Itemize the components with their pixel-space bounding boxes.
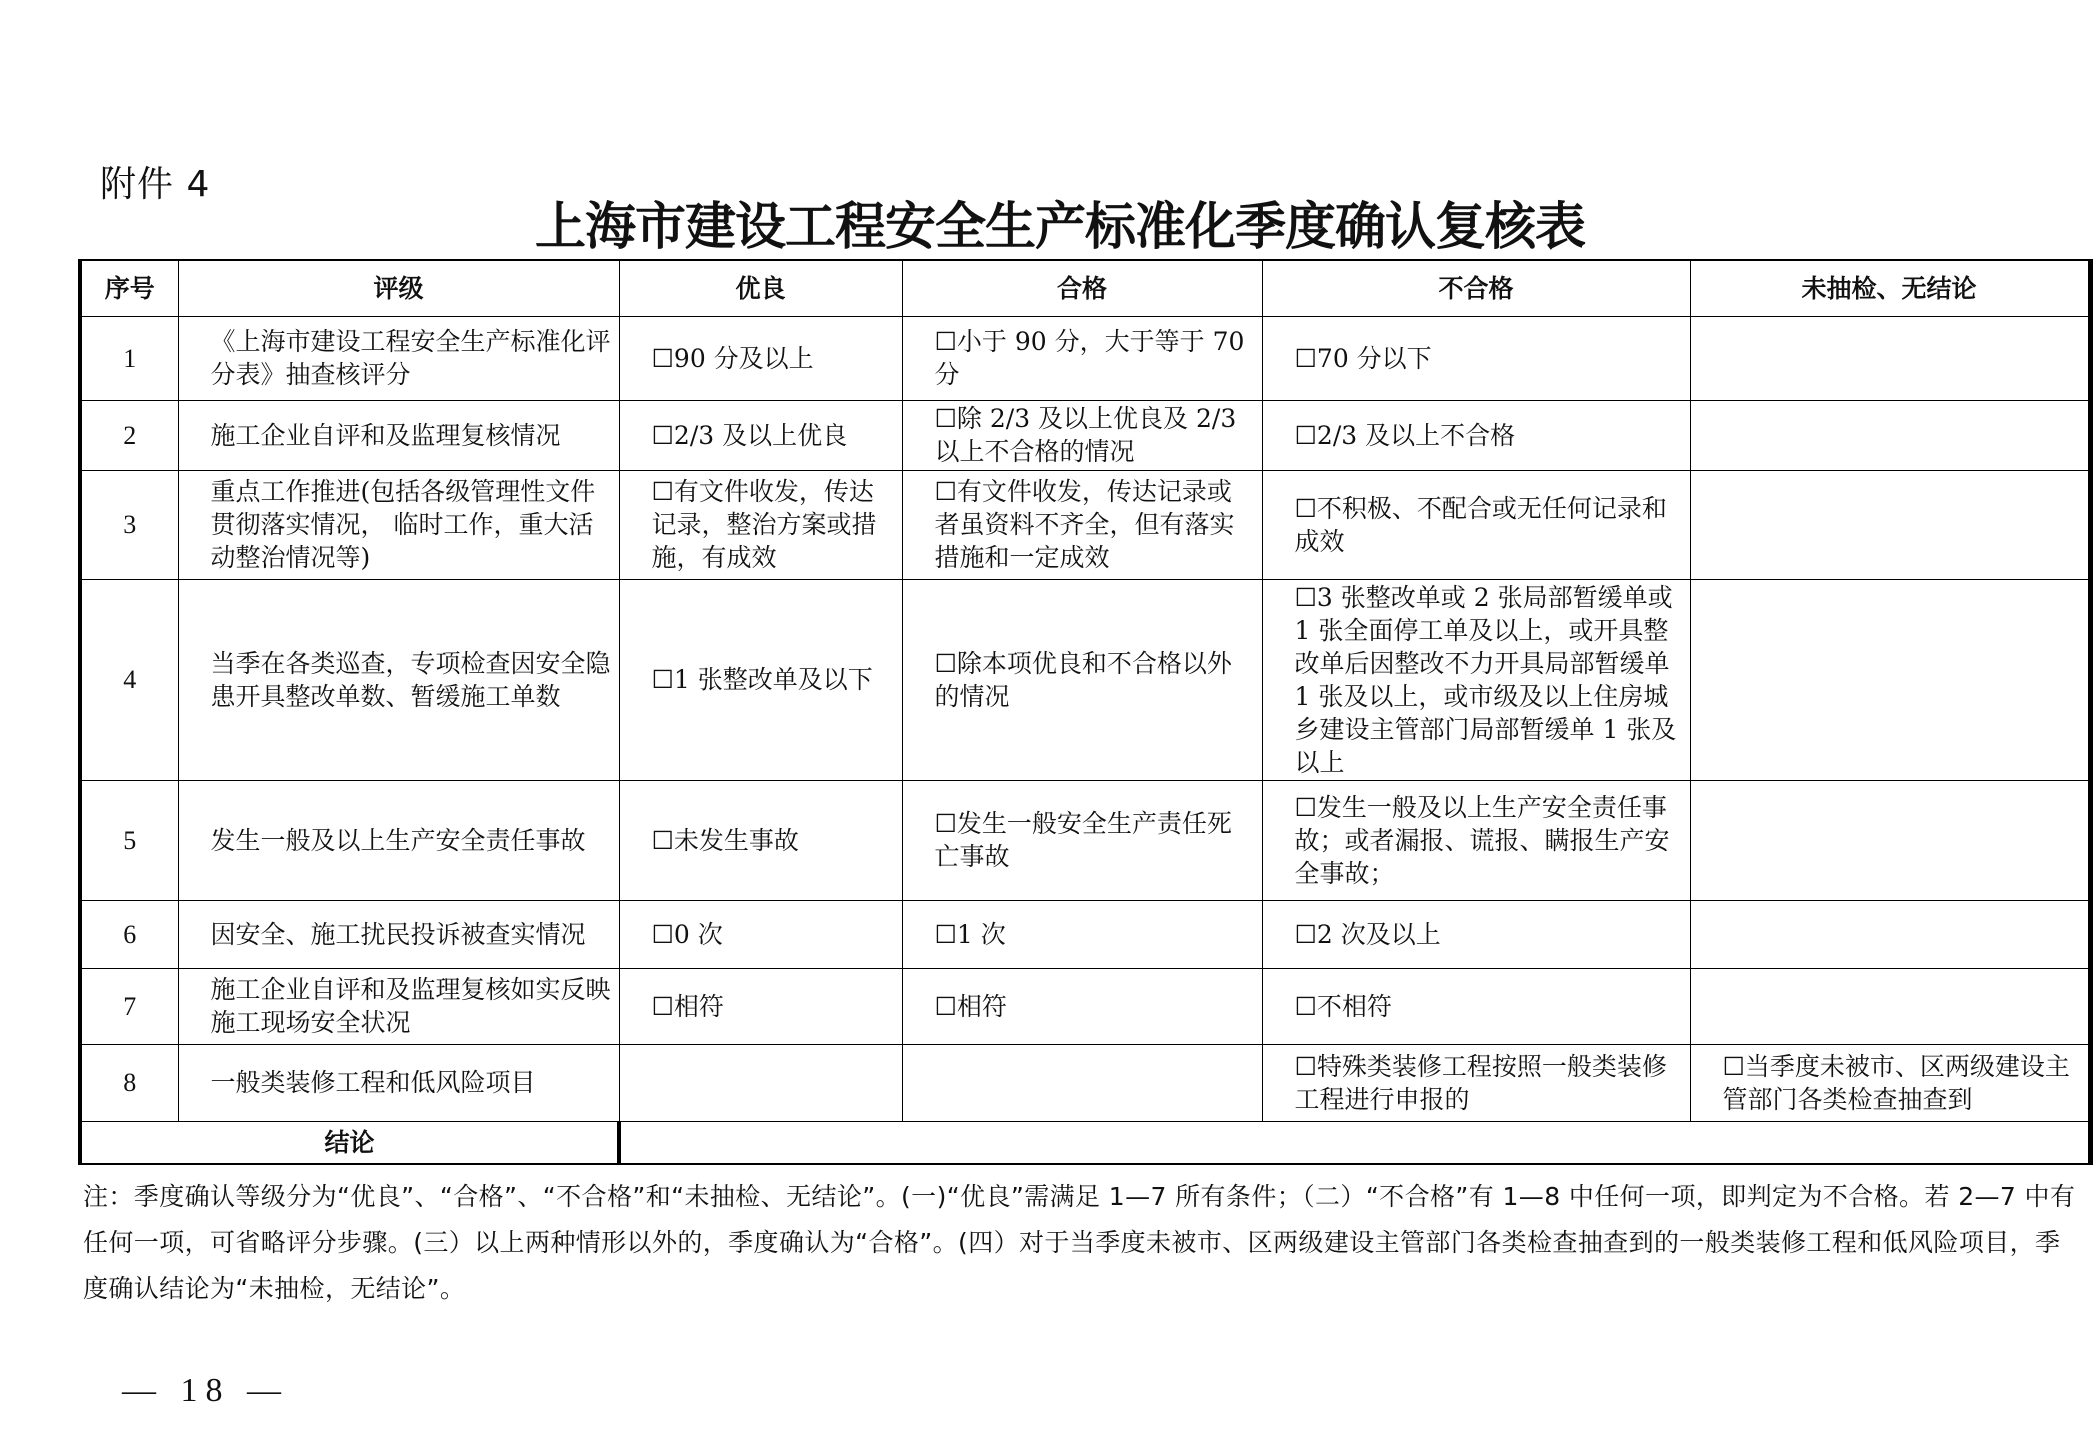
checkbox-qualified[interactable]: ☐相符 (902, 968, 1262, 1044)
checkbox-unqualified[interactable]: ☐3 张整改单或 2 张局部暂缓单或 1 张全面停工单及以上，或开具整改单后因整… (1262, 579, 1690, 780)
checkbox-qualified[interactable]: ☐除本项优良和不合格以外的情况 (902, 579, 1262, 780)
cell-unchecked (1690, 400, 2090, 470)
review-form-table: 序号 评级 优良 合格 不合格 未抽检、无结论 1 《上海市建设工程安全生产标准… (78, 259, 2093, 1165)
table-row: 6 因安全、施工扰民投诉被查实情况 ☐0 次 ☐1 次 ☐2 次及以上 (80, 900, 2090, 968)
row-number: 8 (80, 1044, 178, 1121)
cell-qualified (902, 1044, 1262, 1121)
row-item: 当季在各类巡查，专项检查因安全隐患开具整改单数、暂缓施工单数 (178, 579, 619, 780)
cell-excellent (619, 1044, 902, 1121)
checkbox-unqualified[interactable]: ☐不相符 (1262, 968, 1690, 1044)
row-item: 一般类装修工程和低风险项目 (178, 1044, 619, 1121)
notes-paragraph: 注：季度确认等级分为“优良”、“合格”、“不合格”和“未抽检、无结论”。(一)“… (83, 1174, 2083, 1312)
checkbox-unqualified[interactable]: ☐发生一般及以上生产安全责任事故；或者漏报、谎报、瞒报生产安全事故； (1262, 780, 1690, 900)
header-unqualified: 不合格 (1262, 260, 1690, 316)
row-number: 5 (80, 780, 178, 900)
page-number: — 18 — (122, 1372, 289, 1410)
table-row: 8 一般类装修工程和低风险项目 ☐特殊类装修工程按照一般类装修工程进行申报的 ☐… (80, 1044, 2090, 1121)
cell-unchecked (1690, 968, 2090, 1044)
table-header-row: 序号 评级 优良 合格 不合格 未抽检、无结论 (80, 260, 2090, 316)
checkbox-unchecked[interactable]: ☐当季度未被市、区两级建设主管部门各类检查抽查到 (1690, 1044, 2090, 1121)
row-item: 重点工作推进(包括各级管理性文件贯彻落实情况， 临时工作，重大活动整治情况等) (178, 470, 619, 579)
checkbox-unqualified[interactable]: ☐特殊类装修工程按照一般类装修工程进行申报的 (1262, 1044, 1690, 1121)
conclusion-field[interactable] (619, 1121, 2090, 1164)
cell-unchecked (1690, 900, 2090, 968)
row-item: 《上海市建设工程安全生产标准化评分表》抽查核评分 (178, 316, 619, 400)
table-row: 1 《上海市建设工程安全生产标准化评分表》抽查核评分 ☐90 分及以上 ☐小于 … (80, 316, 2090, 400)
row-number: 1 (80, 316, 178, 400)
conclusion-label: 结论 (80, 1121, 619, 1164)
checkbox-qualified[interactable]: ☐除 2/3 及以上优良及 2/3 以上不合格的情况 (902, 400, 1262, 470)
row-number: 4 (80, 579, 178, 780)
conclusion-row: 结论 (80, 1121, 2090, 1164)
table-row: 2 施工企业自评和及监理复核情况 ☐2/3 及以上优良 ☐除 2/3 及以上优良… (80, 400, 2090, 470)
table-row: 3 重点工作推进(包括各级管理性文件贯彻落实情况， 临时工作，重大活动整治情况等… (80, 470, 2090, 579)
cell-unchecked (1690, 470, 2090, 579)
table-row: 4 当季在各类巡查，专项检查因安全隐患开具整改单数、暂缓施工单数 ☐1 张整改单… (80, 579, 2090, 780)
checkbox-unqualified[interactable]: ☐70 分以下 (1262, 316, 1690, 400)
checkbox-excellent[interactable]: ☐相符 (619, 968, 902, 1044)
row-item: 因安全、施工扰民投诉被查实情况 (178, 900, 619, 968)
page-title: 上海市建设工程安全生产标准化季度确认复核表 (500, 196, 1620, 258)
checkbox-excellent[interactable]: ☐未发生事故 (619, 780, 902, 900)
header-excellent: 优良 (619, 260, 902, 316)
header-no: 序号 (80, 260, 178, 316)
header-rating-item: 评级 (178, 260, 619, 316)
checkbox-unqualified[interactable]: ☐2/3 及以上不合格 (1262, 400, 1690, 470)
checkbox-excellent[interactable]: ☐0 次 (619, 900, 902, 968)
header-unchecked: 未抽检、无结论 (1690, 260, 2090, 316)
checkbox-excellent[interactable]: ☐90 分及以上 (619, 316, 902, 400)
row-number: 3 (80, 470, 178, 579)
checkbox-excellent[interactable]: ☐有文件收发，传达记录，整治方案或措施，有成效 (619, 470, 902, 579)
checkbox-qualified[interactable]: ☐1 次 (902, 900, 1262, 968)
cell-unchecked (1690, 780, 2090, 900)
row-number: 2 (80, 400, 178, 470)
table-row: 5 发生一般及以上生产安全责任事故 ☐未发生事故 ☐发生一般安全生产责任死亡事故… (80, 780, 2090, 900)
row-number: 6 (80, 900, 178, 968)
checkbox-qualified[interactable]: ☐发生一般安全生产责任死亡事故 (902, 780, 1262, 900)
checkbox-unqualified[interactable]: ☐2 次及以上 (1262, 900, 1690, 968)
row-item: 施工企业自评和及监理复核情况 (178, 400, 619, 470)
checkbox-excellent[interactable]: ☐1 张整改单及以下 (619, 579, 902, 780)
checkbox-qualified[interactable]: ☐小于 90 分，大于等于 70 分 (902, 316, 1262, 400)
row-item: 施工企业自评和及监理复核如实反映施工现场安全状况 (178, 968, 619, 1044)
attachment-label: 附件 4 (100, 156, 210, 207)
row-item: 发生一般及以上生产安全责任事故 (178, 780, 619, 900)
table-row: 7 施工企业自评和及监理复核如实反映施工现场安全状况 ☐相符 ☐相符 ☐不相符 (80, 968, 2090, 1044)
cell-unchecked (1690, 316, 2090, 400)
header-qualified: 合格 (902, 260, 1262, 316)
cell-unchecked (1690, 579, 2090, 780)
checkbox-qualified[interactable]: ☐有文件收发，传达记录或者虽资料不齐全，但有落实措施和一定成效 (902, 470, 1262, 579)
row-number: 7 (80, 968, 178, 1044)
checkbox-excellent[interactable]: ☐2/3 及以上优良 (619, 400, 902, 470)
checkbox-unqualified[interactable]: ☐不积极、不配合或无任何记录和成效 (1262, 470, 1690, 579)
